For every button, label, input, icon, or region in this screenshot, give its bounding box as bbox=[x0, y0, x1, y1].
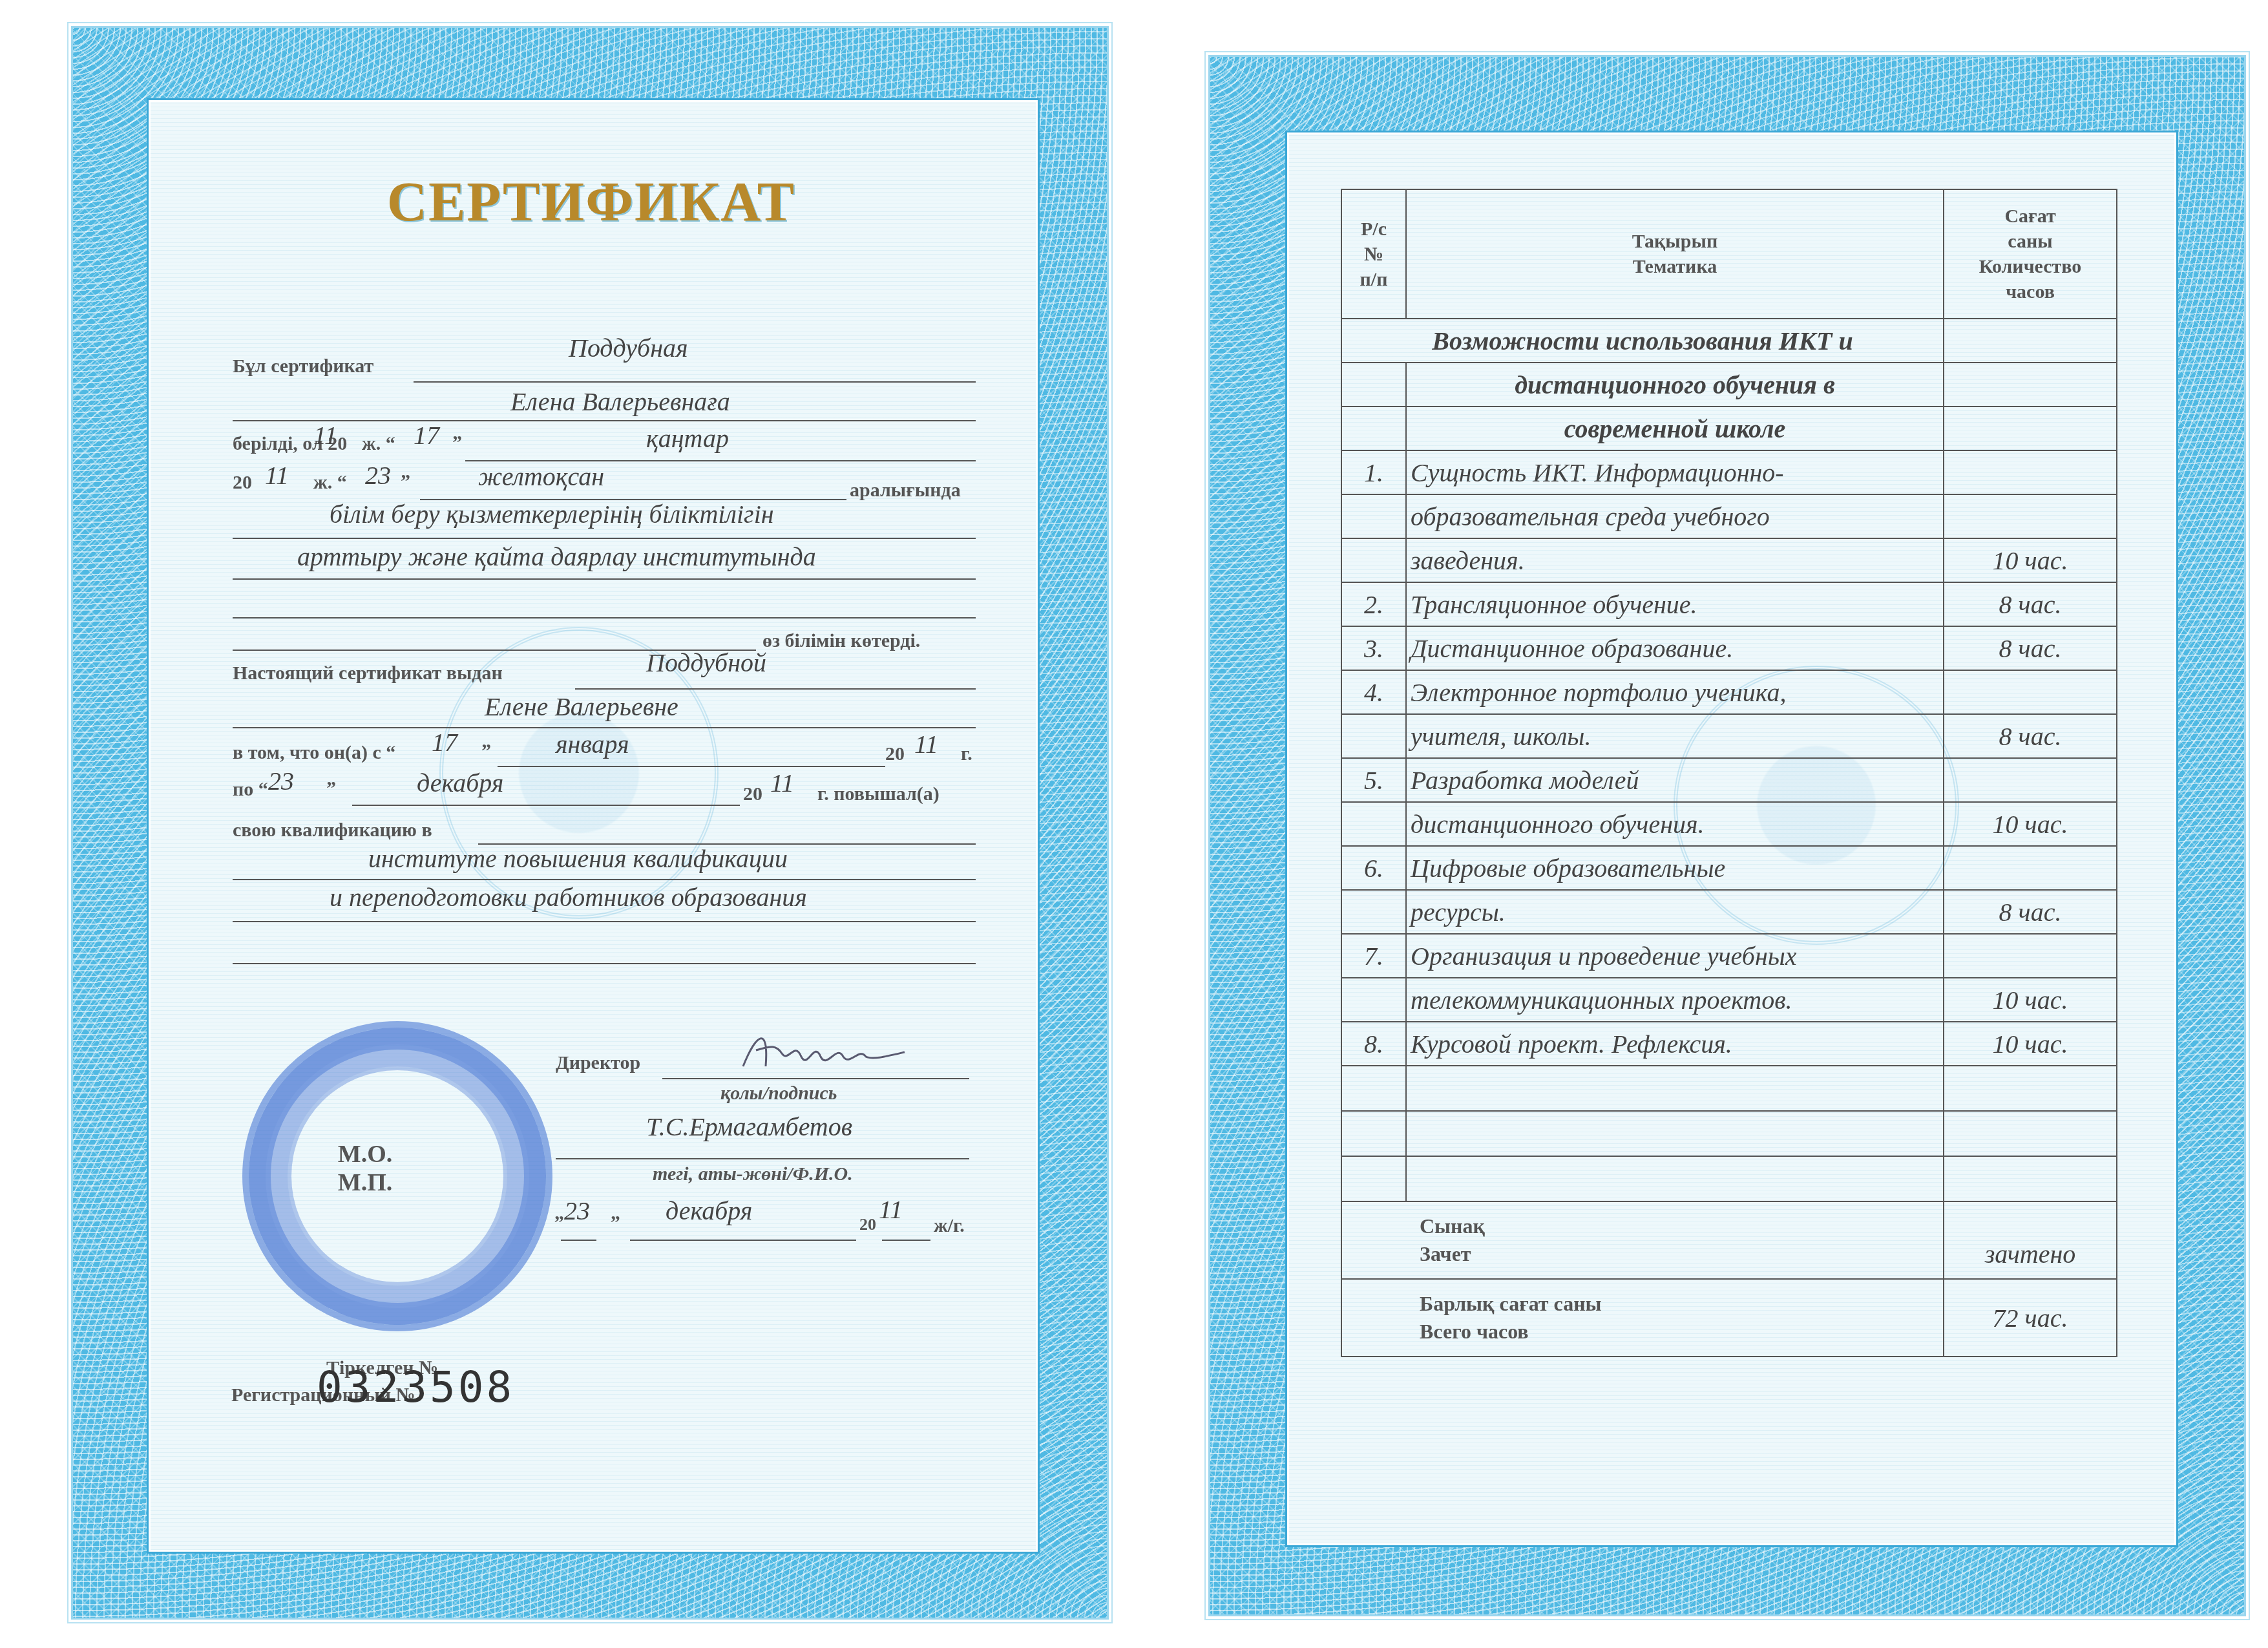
program-row: дистанционного обучения.10 час. bbox=[1341, 802, 2117, 846]
row-topic bbox=[1406, 1066, 1944, 1111]
empty-cell bbox=[1944, 407, 2117, 450]
row-topic: дистанционного обучения. bbox=[1406, 802, 1944, 846]
kz-institution-line2: арттыру және қайта даярлау институтында bbox=[297, 542, 816, 572]
test-row: Сынақ Зачет зачтено bbox=[1341, 1201, 2117, 1279]
kz-improved-label: өз білімін көтерді. bbox=[762, 630, 920, 652]
row-topic: Разработка моделей bbox=[1406, 758, 1944, 802]
program-row: телекоммуникационных проектов.10 час. bbox=[1341, 978, 2117, 1022]
underline bbox=[352, 805, 740, 806]
ru-to-label: по “ bbox=[233, 779, 268, 801]
underline bbox=[233, 420, 976, 421]
row-number: 5. bbox=[1341, 758, 1406, 802]
director-date-year-prefix: 20 bbox=[859, 1215, 876, 1234]
program-row: 3.Дистанционное образование.8 час. bbox=[1341, 626, 2117, 670]
director-label: Директор bbox=[556, 1052, 640, 1074]
total-label-kz: Барлық сағат саны bbox=[1420, 1290, 1943, 1318]
header-hours-line: часов bbox=[1944, 279, 2116, 304]
underline bbox=[233, 727, 976, 728]
ru-that-label: в том, что он(а) с “ bbox=[233, 742, 395, 764]
row-hours bbox=[1944, 1066, 2117, 1111]
seal-placeholder-label: М.О. М.П. bbox=[326, 1141, 404, 1197]
row-number bbox=[1341, 1111, 1406, 1156]
ru-day2: 23 bbox=[268, 766, 294, 796]
kz-day2: 23 bbox=[365, 460, 391, 491]
course-title-line: Возможности использования ИКТ и bbox=[1341, 319, 1944, 363]
course-program-table: Р/с № п/п Тақырып Тематика Сағат саны Ко… bbox=[1341, 189, 2117, 1357]
row-hours bbox=[1944, 934, 2117, 978]
row-hours: 8 час. bbox=[1944, 582, 2117, 626]
ru-year1-prefix: 20 bbox=[885, 743, 905, 765]
row-topic: Электронное портфолио ученика, bbox=[1406, 670, 1944, 714]
row-number bbox=[1341, 538, 1406, 582]
row-number bbox=[1341, 714, 1406, 758]
test-label: Сынақ Зачет bbox=[1341, 1201, 1944, 1279]
course-title-line: современной школе bbox=[1406, 407, 1944, 450]
row-hours: 10 час. bbox=[1944, 802, 2117, 846]
row-number bbox=[1341, 1066, 1406, 1111]
row-number: 1. bbox=[1341, 450, 1406, 494]
underline bbox=[233, 617, 976, 618]
kz-year2-prefix: 20 bbox=[233, 472, 252, 494]
row-topic: Курсовой проект. Рефлексия. bbox=[1406, 1022, 1944, 1066]
ru-year1: 11 bbox=[914, 729, 938, 759]
total-label-ru: Всего часов bbox=[1420, 1318, 1943, 1346]
row-number bbox=[1341, 978, 1406, 1022]
empty-cell bbox=[1944, 319, 2117, 363]
header-topic-line: Тематика bbox=[1407, 254, 1943, 279]
row-number bbox=[1341, 890, 1406, 934]
ru-month2: декабря bbox=[417, 768, 503, 798]
underline bbox=[414, 381, 976, 383]
total-row: Барлық сағат саны Всего часов 72 час. bbox=[1341, 1279, 2117, 1357]
row-hours: 10 час. bbox=[1944, 538, 2117, 582]
header-hours-line: саны bbox=[1944, 229, 2116, 254]
ru-quote-close1: ” bbox=[481, 740, 491, 762]
row-hours bbox=[1944, 758, 2117, 802]
certificate-title: СЕРТИФИКАТ bbox=[149, 169, 1034, 234]
ru-name-line: Елене Валерьевне bbox=[485, 692, 678, 722]
row-topic: Организация и проведение учебных bbox=[1406, 934, 1944, 978]
test-label-ru: Зачет bbox=[1420, 1240, 1943, 1268]
row-topic: Дистанционное образование. bbox=[1406, 626, 1944, 670]
program-row: 1.Сущность ИКТ. Информационно- bbox=[1341, 450, 2117, 494]
ru-year2-prefix: 20 bbox=[743, 783, 762, 805]
program-row bbox=[1341, 1111, 2117, 1156]
row-topic: телекоммуникационных проектов. bbox=[1406, 978, 1944, 1022]
row-topic: Цифровые образовательные bbox=[1406, 846, 1944, 890]
kz-month2: желтоқсан bbox=[478, 461, 604, 492]
row-topic: Трансляционное обучение. bbox=[1406, 582, 1944, 626]
director-name-caption: тегі, аты-жөні/Ф.И.О. bbox=[653, 1163, 853, 1185]
course-title-row: дистанционного обучения в bbox=[1341, 363, 2117, 407]
row-number: 8. bbox=[1341, 1022, 1406, 1066]
underline bbox=[498, 766, 885, 767]
right-page: Р/с № п/п Тақырып Тематика Сағат саны Ко… bbox=[1144, 0, 2268, 1648]
program-row: учителя, школы.8 час. bbox=[1341, 714, 2117, 758]
empty-cell bbox=[1944, 363, 2117, 407]
row-hours bbox=[1944, 450, 2117, 494]
director-date-day: 23 bbox=[564, 1196, 590, 1226]
left-page: СЕРТИФИКАТ Бұл сертификат Поддубная Елен… bbox=[0, 0, 1118, 1648]
empty-cell bbox=[1341, 363, 1406, 407]
ru-g1: г. bbox=[961, 743, 972, 765]
row-hours: 8 час. bbox=[1944, 626, 2117, 670]
underline bbox=[233, 963, 976, 964]
ru-month1: января bbox=[556, 729, 629, 759]
total-hours: 72 час. bbox=[1944, 1279, 2117, 1357]
underline bbox=[233, 578, 976, 580]
seal-mp-ru: М.П. bbox=[326, 1169, 404, 1198]
row-number: 3. bbox=[1341, 626, 1406, 670]
kz-zh2: ж. “ bbox=[313, 472, 347, 494]
header-number-line: п/п bbox=[1342, 267, 1405, 292]
row-hours bbox=[1944, 494, 2117, 538]
ru-day1: 17 bbox=[432, 727, 457, 757]
director-date-month: декабря bbox=[666, 1196, 752, 1226]
row-hours bbox=[1944, 1111, 2117, 1156]
row-topic: Сущность ИКТ. Информационно- bbox=[1406, 450, 1944, 494]
row-hours bbox=[1944, 670, 2117, 714]
ru-qualification-label: свою квалификацию в bbox=[233, 819, 432, 841]
underline bbox=[233, 921, 976, 922]
row-topic: образовательная среда учебного bbox=[1406, 494, 1944, 538]
director-signature bbox=[730, 1021, 924, 1079]
kz-year2: 11 bbox=[265, 460, 289, 491]
kz-between-label: аралығында bbox=[850, 480, 961, 502]
kz-month1: қаңтар bbox=[646, 423, 729, 454]
kz-zh1: ж. “ bbox=[362, 433, 395, 455]
row-topic bbox=[1406, 1156, 1944, 1201]
course-title-row: Возможности использования ИКТ и bbox=[1341, 319, 2117, 363]
ru-institution-line1: институте повышения квалификации bbox=[368, 843, 788, 874]
course-title-line: дистанционного обучения в bbox=[1406, 363, 1944, 407]
date-open-quote: „ bbox=[554, 1202, 564, 1224]
kz-surname: Поддубная bbox=[569, 333, 688, 363]
seal-mp-kz: М.О. bbox=[326, 1141, 404, 1169]
signature-caption: қолы/подпись bbox=[720, 1083, 837, 1104]
program-row: 6.Цифровые образовательные bbox=[1341, 846, 2117, 890]
underline bbox=[233, 879, 976, 880]
ru-surname: Поддубной bbox=[646, 648, 766, 678]
kz-day1: 17 bbox=[414, 420, 439, 450]
kz-year1: 11 bbox=[313, 420, 337, 450]
underline bbox=[882, 1240, 930, 1241]
row-hours: 10 час. bbox=[1944, 978, 2117, 1022]
row-hours bbox=[1944, 1156, 2117, 1201]
header-topic-line: Тақырып bbox=[1407, 229, 1943, 254]
program-row bbox=[1341, 1066, 2117, 1111]
ru-raised-label: г. повышал(а) bbox=[817, 783, 940, 805]
kz-quote-close2: ” bbox=[401, 470, 410, 492]
row-topic: ресурсы. bbox=[1406, 890, 1944, 934]
header-topic: Тақырып Тематика bbox=[1406, 189, 1944, 319]
date-close-quote: „ bbox=[611, 1202, 620, 1224]
row-number bbox=[1341, 494, 1406, 538]
row-hours: 8 час. bbox=[1944, 714, 2117, 758]
row-number bbox=[1341, 1156, 1406, 1201]
test-label-kz: Сынақ bbox=[1420, 1212, 1943, 1240]
row-topic: заведения. bbox=[1406, 538, 1944, 582]
header-number-line: Р/с bbox=[1342, 217, 1405, 242]
header-number: Р/с № п/п bbox=[1341, 189, 1406, 319]
director-date-year: 11 bbox=[879, 1194, 903, 1225]
ru-quote-close2: ” bbox=[326, 777, 336, 799]
row-topic: учителя, школы. bbox=[1406, 714, 1944, 758]
underline bbox=[630, 1240, 856, 1241]
test-result: зачтено bbox=[1944, 1201, 2117, 1279]
director-name: Т.С.Ермагамбетов bbox=[646, 1112, 852, 1142]
underline bbox=[233, 538, 976, 539]
kz-name-line: Елена Валерьевнаға bbox=[510, 386, 730, 417]
row-number bbox=[1341, 802, 1406, 846]
header-hours-line: Сағат bbox=[1944, 204, 2116, 229]
kz-institution-line1: білім беру қызметкерлерінің біліктілігін bbox=[330, 499, 774, 529]
course-title-row: современной школе bbox=[1341, 407, 2117, 450]
empty-cell bbox=[1341, 407, 1406, 450]
row-number: 4. bbox=[1341, 670, 1406, 714]
registration-number: 0323508 bbox=[317, 1362, 514, 1412]
row-hours: 8 час. bbox=[1944, 890, 2117, 934]
program-row: заведения.10 час. bbox=[1341, 538, 2117, 582]
row-hours: 10 час. bbox=[1944, 1022, 2117, 1066]
underline bbox=[561, 1240, 596, 1241]
kz-this-certificate-label: Бұл сертификат bbox=[233, 355, 373, 377]
kz-quote-close1: ” bbox=[452, 432, 462, 454]
header-hours-line: Количество bbox=[1944, 254, 2116, 279]
row-number: 6. bbox=[1341, 846, 1406, 890]
row-hours bbox=[1944, 846, 2117, 890]
director-date-year-suffix: ж/г. bbox=[934, 1215, 965, 1237]
row-number: 2. bbox=[1341, 582, 1406, 626]
program-row: 8.Курсовой проект. Рефлексия.10 час. bbox=[1341, 1022, 2117, 1066]
ru-issued-label: Настоящий сертификат выдан bbox=[233, 662, 503, 684]
program-row: 5.Разработка моделей bbox=[1341, 758, 2117, 802]
program-row: 2.Трансляционное обучение.8 час. bbox=[1341, 582, 2117, 626]
program-row bbox=[1341, 1156, 2117, 1201]
ru-institution-line2: и переподготовки работников образования bbox=[330, 882, 807, 913]
header-hours: Сағат саны Количество часов bbox=[1944, 189, 2117, 319]
row-number: 7. bbox=[1341, 934, 1406, 978]
total-label: Барлық сағат саны Всего часов bbox=[1341, 1279, 1944, 1357]
underline bbox=[662, 1078, 969, 1079]
program-row: образовательная среда учебного bbox=[1341, 494, 2117, 538]
header-number-line: № bbox=[1342, 242, 1405, 267]
program-row: 7.Организация и проведение учебных bbox=[1341, 934, 2117, 978]
ru-year2: 11 bbox=[770, 768, 794, 798]
program-row: 4.Электронное портфолио ученика, bbox=[1341, 670, 2117, 714]
row-topic bbox=[1406, 1111, 1944, 1156]
program-row: ресурсы.8 час. bbox=[1341, 890, 2117, 934]
underline bbox=[556, 1158, 969, 1159]
underline bbox=[575, 688, 976, 690]
